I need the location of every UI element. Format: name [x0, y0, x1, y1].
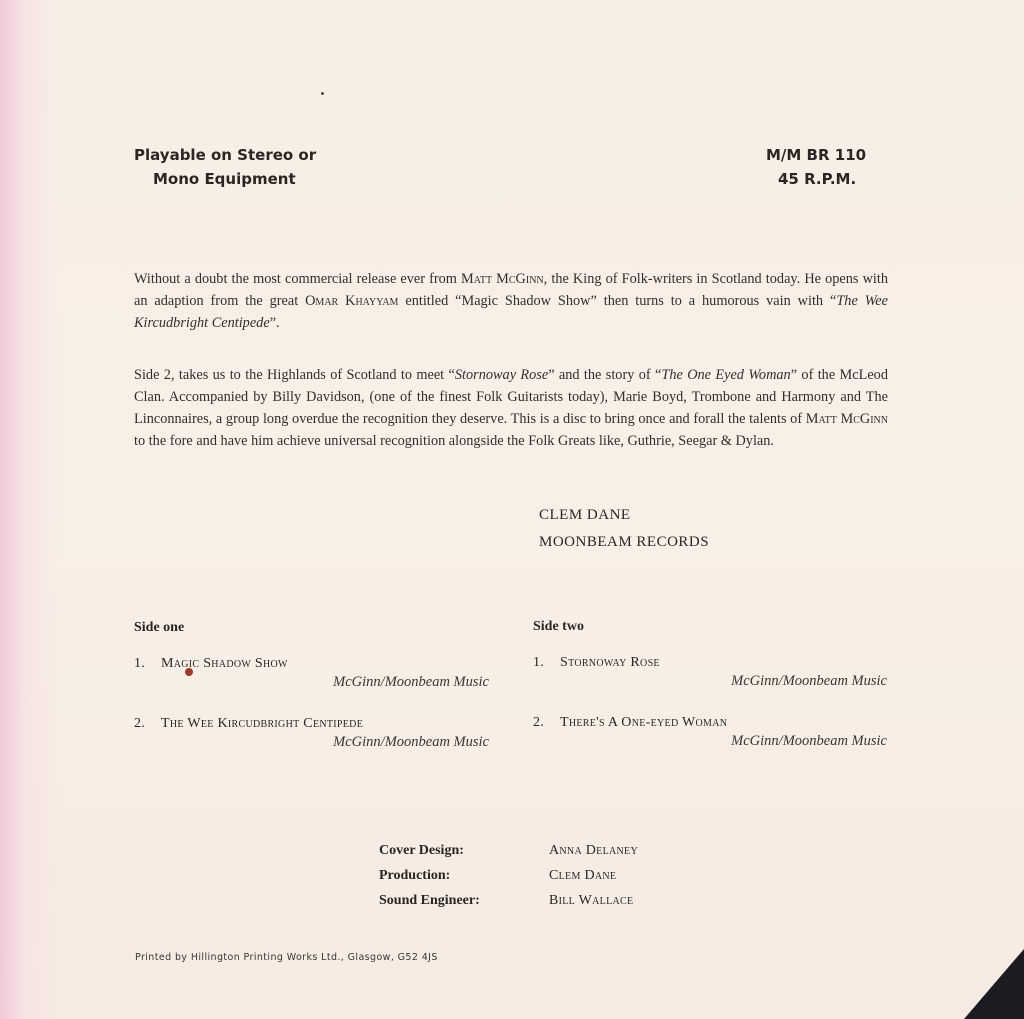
side-heading: Side two: [533, 619, 893, 635]
track-item: 2.There's A One-eyed Woman McGinn/Moonbe…: [533, 713, 893, 773]
credit-row: Cover Design: Anna Delaney: [379, 838, 638, 863]
catalog-number: M/M BR 110: [766, 146, 866, 164]
sleeve-corner-shadow: [964, 949, 1024, 1019]
printer-imprint: Printed by Hillington Printing Works Ltd…: [135, 952, 438, 963]
track-title: There's A One-eyed Woman: [560, 715, 727, 730]
track-publisher: McGinn/Moonbeam Music: [333, 674, 489, 691]
track-number: 2.: [134, 716, 161, 732]
track-item: 1.Stornoway Rose McGinn/Moonbeam Music: [533, 653, 893, 713]
text-run: ”.: [270, 315, 280, 331]
side-two-tracklist: Side two 1.Stornoway Rose McGinn/Moonbea…: [533, 619, 893, 773]
credit-name: Anna Delaney: [549, 838, 638, 863]
artist-name: Matt McGinn: [461, 271, 544, 287]
credit-role: Production:: [379, 863, 549, 888]
track-title: Magic Shadow Show: [161, 656, 288, 671]
track-publisher: McGinn/Moonbeam Music: [731, 673, 887, 690]
liner-notes-paragraph-1: Without a doubt the most commercial rele…: [134, 268, 888, 334]
signature-label: MOONBEAM RECORDS: [539, 529, 709, 556]
credit-name: Bill Wallace: [549, 888, 633, 913]
credit-role: Cover Design:: [379, 838, 549, 863]
text-run: entitled “Magic Shadow Show” then turns …: [398, 293, 836, 309]
production-credits: Cover Design: Anna Delaney Production: C…: [379, 838, 638, 913]
compat-line-1: Playable on Stereo or: [134, 146, 316, 164]
text-run: ” and the story of “: [548, 367, 661, 383]
credit-row: Production: Clem Dane: [379, 863, 638, 888]
track-publisher: McGinn/Moonbeam Music: [731, 733, 887, 750]
text-run: Side 2, takes us to the Highlands of Sco…: [134, 367, 455, 383]
catalog-info: M/M BR 110 45 R.P.M.: [766, 143, 866, 191]
track-publisher: McGinn/Moonbeam Music: [333, 734, 489, 751]
track-number: 1.: [134, 656, 161, 672]
signature-name: CLEM DANE: [539, 502, 709, 529]
credit-name: Clem Dane: [549, 863, 616, 888]
playback-compatibility: Playable on Stereo or Mono Equipment: [134, 143, 316, 191]
credit-row: Sound Engineer: Bill Wallace: [379, 888, 638, 913]
track-item: 2.The Wee Kircudbright Centipede McGinn/…: [134, 714, 494, 774]
liner-notes-paragraph-2: Side 2, takes us to the Highlands of Sco…: [134, 364, 888, 452]
song-title: The One Eyed Woman: [661, 367, 790, 383]
compat-line-2: Mono Equipment: [134, 167, 316, 191]
liner-notes-signature: CLEM DANE MOONBEAM RECORDS: [539, 502, 709, 556]
paper-speck: [321, 92, 324, 95]
side-one-tracklist: Side one 1.Magic Shadow Show McGinn/Moon…: [134, 620, 494, 774]
poet-name: Omar Khayyam: [305, 293, 398, 309]
song-title: Stornoway Rose: [455, 367, 548, 383]
artist-name: Matt McGinn: [806, 411, 888, 427]
record-speed: 45 R.P.M.: [766, 167, 866, 191]
track-title: The Wee Kircudbright Centipede: [161, 716, 363, 731]
credit-role: Sound Engineer:: [379, 888, 549, 913]
track-item: 1.Magic Shadow Show McGinn/Moonbeam Musi…: [134, 654, 494, 714]
record-sleeve-back: Playable on Stereo or Mono Equipment M/M…: [0, 0, 1024, 1019]
track-number: 2.: [533, 715, 560, 731]
text-run: to the fore and have him achieve univers…: [134, 433, 774, 449]
text-run: Without a doubt the most commercial rele…: [134, 271, 461, 287]
track-title: Stornoway Rose: [560, 655, 660, 670]
track-number: 1.: [533, 655, 560, 671]
side-heading: Side one: [134, 620, 494, 636]
